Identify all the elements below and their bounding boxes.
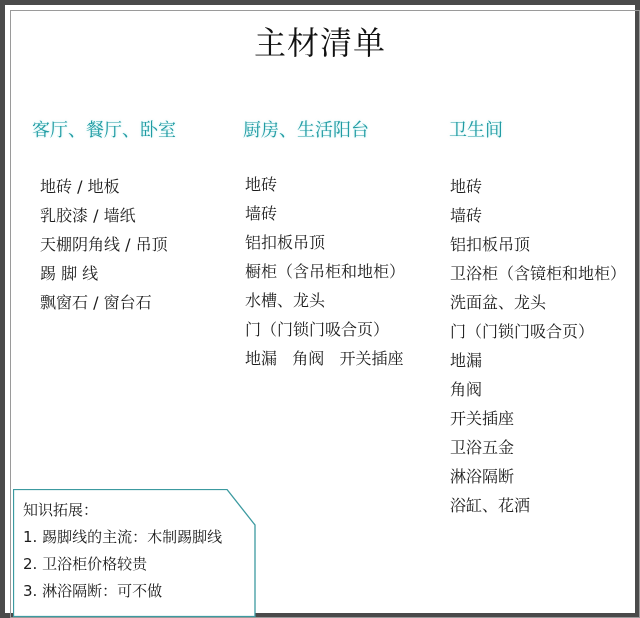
list-item: 飘窗石 / 窗台石: [40, 288, 168, 317]
list-item: 卫浴柜（含镜柜和地柜）: [450, 259, 626, 288]
list-item: 开关插座: [450, 404, 626, 433]
list-item: 墙砖: [245, 199, 405, 228]
column-heading-bathroom: 卫生间: [449, 119, 503, 143]
list-item: 乳胶漆 / 墙纸: [40, 201, 168, 230]
knowledge-item: 3. 淋浴隔断：可不做: [23, 578, 222, 605]
list-item: 门（门锁门吸合页）: [450, 317, 626, 346]
column-heading-living-dining-bedroom: 客厅、餐厅、卧室: [32, 119, 176, 143]
list-item: 洗面盆、龙头: [450, 288, 626, 317]
list-item: 地砖: [450, 172, 626, 201]
list-item: 门（门锁门吸合页）: [245, 315, 405, 344]
list-item: 地漏: [450, 346, 626, 375]
list-item: 淋浴隔断: [450, 462, 626, 491]
list-item: 水槽、龙头: [245, 286, 405, 315]
page-title: 主材清单: [5, 23, 635, 63]
list-item: 铝扣板吊顶: [245, 228, 405, 257]
knowledge-item: 1. 踢脚线的主流：木制踢脚线: [23, 524, 222, 551]
knowledge-box: 知识拓展： 1. 踢脚线的主流：木制踢脚线 2. 卫浴柜价格较贵 3. 淋浴隔断…: [13, 489, 257, 617]
list-item: 橱柜（含吊柜和地柜）: [245, 257, 405, 286]
document-frame: 主材清单 客厅、餐厅、卧室 地砖 / 地板 乳胶漆 / 墙纸 天棚阴角线 / 吊…: [0, 0, 640, 618]
list-item: 地砖: [245, 170, 405, 199]
list-item: 踢 脚 线: [40, 259, 168, 288]
list-item: 角阀: [450, 375, 626, 404]
list-item: 地砖 / 地板: [40, 172, 168, 201]
knowledge-list: 知识拓展： 1. 踢脚线的主流：木制踢脚线 2. 卫浴柜价格较贵 3. 淋浴隔断…: [23, 497, 222, 605]
list-item: 浴缸、花洒: [450, 491, 626, 520]
material-list-bathroom: 地砖 墙砖 铝扣板吊顶 卫浴柜（含镜柜和地柜） 洗面盆、龙头 门（门锁门吸合页）…: [450, 172, 626, 520]
list-item: 天棚阴角线 / 吊顶: [40, 230, 168, 259]
knowledge-heading: 知识拓展：: [23, 497, 222, 524]
material-list-kitchen-balcony: 地砖 墙砖 铝扣板吊顶 橱柜（含吊柜和地柜） 水槽、龙头 门（门锁门吸合页） 地…: [245, 170, 405, 373]
knowledge-item: 2. 卫浴柜价格较贵: [23, 551, 222, 578]
list-item: 地漏 角阀 开关插座: [245, 344, 405, 373]
list-item: 墙砖: [450, 201, 626, 230]
list-item: 铝扣板吊顶: [450, 230, 626, 259]
list-item: 卫浴五金: [450, 433, 626, 462]
material-list-living-dining-bedroom: 地砖 / 地板 乳胶漆 / 墙纸 天棚阴角线 / 吊顶 踢 脚 线 飘窗石 / …: [40, 172, 168, 317]
column-heading-kitchen-balcony: 厨房、生活阳台: [243, 119, 369, 143]
